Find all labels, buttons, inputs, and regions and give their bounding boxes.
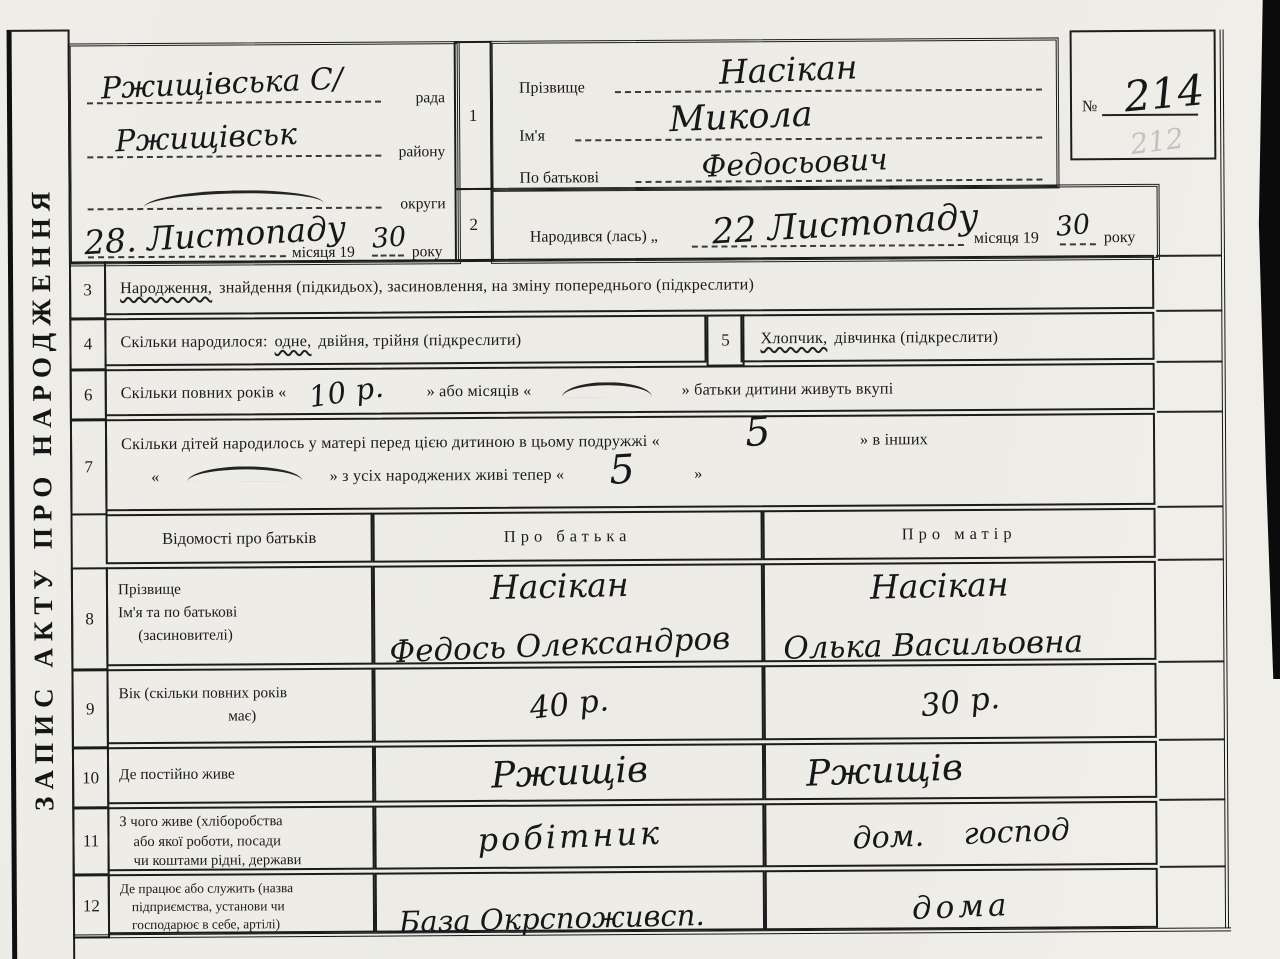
q9-mother-cell: 30 р. xyxy=(763,663,1156,740)
question-3-box: Народження, знайдення (підкидьох), засин… xyxy=(104,255,1154,315)
dash-mark xyxy=(143,188,323,207)
council-name-handwritten: Ржищівська С/ xyxy=(100,62,343,107)
firstname-handwritten: Микола xyxy=(668,94,813,140)
q5-underlined-option: Хлопчик, xyxy=(760,328,827,347)
form-right-border xyxy=(1220,29,1229,928)
q7-other-slot xyxy=(160,471,330,482)
q7-text-5: » xyxy=(694,465,702,484)
surname-line: Прізвище Насікан xyxy=(519,49,1042,94)
q8-label-line3: (засиновителі) xyxy=(118,624,365,648)
row-number-6: 6 xyxy=(70,369,107,420)
mother-age-handwritten: 30 р. xyxy=(919,679,1001,724)
side-strip: ЗАПИС АКТУ ПРО НАРОДЖЕННЯ xyxy=(7,29,76,959)
dash-mark xyxy=(562,382,652,398)
mother-name-handwritten: Олька Васильовна xyxy=(783,624,1083,667)
reg-year-handwritten: 30 xyxy=(371,221,408,255)
q6-months-slot xyxy=(532,385,682,396)
q12-label-cell: Де працює або служить (назва підприємств… xyxy=(108,873,375,935)
header-mother-label: Про матір xyxy=(902,524,1017,545)
header-parents-info: Відомості про батьків xyxy=(106,513,373,565)
q12-mother-cell: дома xyxy=(765,868,1158,930)
patronymic-label: По батькові xyxy=(519,169,599,187)
margin-rule xyxy=(1156,254,1222,256)
q9-father-cell: 40 р. xyxy=(373,665,763,742)
born-month-label: місяця 19 xyxy=(974,230,1039,248)
row-number-4: 4 xyxy=(69,318,106,370)
q7-marriage-slot: 5 xyxy=(660,435,860,446)
form-sheet: ЗАПИС АКТУ ПРО НАРОДЖЕННЯ рада Ржищівськ… xyxy=(0,0,1280,959)
council-line-1: рада Ржищівська С/ xyxy=(83,54,445,104)
row-number-2: 2 xyxy=(455,188,493,262)
patronymic-handwritten: Федосьович xyxy=(701,142,889,185)
question-6-box: Скільки повних років « 10 р. » або місяц… xyxy=(105,363,1155,416)
q9-label-cell: Вік (скільки повних років має) xyxy=(106,668,373,745)
row-number-3: 3 xyxy=(69,261,106,319)
fill-line-year xyxy=(372,254,404,256)
mother-occupation-handwritten: дом. господ xyxy=(852,812,1071,856)
margin-rule xyxy=(1158,558,1224,560)
scanned-birth-record: ЗАПИС АКТУ ПРО НАРОДЖЕННЯ рада Ржищівськ… xyxy=(0,0,1280,959)
header-father-label: Про батька xyxy=(504,526,632,547)
q7-text-3: « xyxy=(151,468,159,487)
district-label: району xyxy=(399,143,446,161)
row-number-12: 12 xyxy=(73,874,110,938)
header-mother: Про матір xyxy=(762,508,1155,560)
fill-line xyxy=(575,137,1042,142)
q12-label-line2: підприємства, установи чи xyxy=(120,897,369,917)
council-line-3: округи xyxy=(83,162,445,210)
firstname-label: Ім'я xyxy=(519,128,545,146)
q3-text: знайдення (підкидьох), засиновлення, на … xyxy=(219,275,754,297)
q7-line-2: « » з усіх народжених живі тепер « 5 » xyxy=(151,462,1153,487)
q11-label-line1: З чого живе (хліборобства xyxy=(119,812,368,833)
row-number-11: 11 xyxy=(72,807,109,875)
q11-mother-cell: дом. господ xyxy=(764,801,1157,867)
row-number-9: 9 xyxy=(71,669,108,748)
question-4-box: Скільки народилося: одне, двійня, трійня… xyxy=(104,315,706,367)
q10-mother-cell: Ржищів xyxy=(764,741,1157,800)
q9-label-line1: Вік (скільки повних років xyxy=(119,682,366,706)
q8-mother-cell: Насікан Олька Васильовна xyxy=(763,561,1157,662)
q4-text-pre: Скільки народилося: xyxy=(120,332,267,352)
father-residence-handwritten: Ржищів xyxy=(490,749,648,796)
fill-line xyxy=(615,89,1042,94)
birth-date-box: Народився (лась) „ місяця 19 30 року 22 … xyxy=(491,184,1160,264)
mother-residence-handwritten: Ржищів xyxy=(805,747,963,794)
margin-rule xyxy=(1157,505,1223,507)
margin-rule xyxy=(1158,660,1224,662)
q6-years-slot: 10 р. xyxy=(287,386,427,397)
margin-rule xyxy=(1157,410,1223,412)
row-number-8: 8 xyxy=(71,567,109,670)
q7-alive-slot: 5 xyxy=(564,469,694,480)
margin-rule xyxy=(1160,865,1226,867)
margin-rule xyxy=(1159,738,1225,740)
born-year-label: року xyxy=(1104,229,1136,247)
header-parents-info-label: Відомості про батьків xyxy=(162,528,316,549)
born-label: Народився (лась) „ xyxy=(530,228,658,247)
row-number-7: 7 xyxy=(70,419,108,515)
q6-years-handwritten: 10 р. xyxy=(306,370,385,415)
margin-rule xyxy=(1159,798,1225,800)
question-5-box: Хлопчик, дівчинка (підкреслити) xyxy=(740,312,1154,363)
record-number-box: № 214 212 xyxy=(1070,29,1217,160)
q7-text-4: » з усіх народжених живі тепер « xyxy=(330,465,565,485)
q7-text-2: » в інших xyxy=(860,430,928,449)
q8-label-line1: Прізвище xyxy=(118,578,365,602)
q12-label-line1: Де працює або служить (назва xyxy=(120,879,369,899)
row-number-1: 1 xyxy=(454,41,493,190)
patronymic-line: По батькові Федосьович xyxy=(519,143,1042,184)
record-number-sign: № xyxy=(1082,98,1097,116)
q7-text-1: Скільки дітей народилось у матері перед … xyxy=(121,432,660,454)
question-7-box: Скільки дітей народилось у матері перед … xyxy=(105,413,1156,511)
q6-text-1: Скільки повних років « xyxy=(121,383,287,403)
q9-label-line2: має) xyxy=(119,705,366,729)
father-name-handwritten: Федось Олександров xyxy=(389,621,731,671)
dash-mark xyxy=(188,466,303,482)
q8-label-line2: Ім'я та по батькові xyxy=(118,601,365,625)
mother-workplace-handwritten: дома xyxy=(911,887,1011,927)
q11-father-cell: робітник xyxy=(374,803,764,869)
q4-underlined-option: одне, xyxy=(275,332,312,351)
q11-label-line2: або якої роботи, посади xyxy=(119,831,368,852)
margin-rule xyxy=(1156,309,1222,311)
q11-label-line3: чи коштами рідні, держави xyxy=(120,851,369,872)
q6-text-3: » батьки дитини живуть вкупі xyxy=(682,379,894,399)
father-occupation-handwritten: робітник xyxy=(476,814,662,860)
q7-alive-count-handwritten: 5 xyxy=(608,446,636,493)
q8-father-cell: Насікан Федось Олександров xyxy=(373,563,764,664)
fill-line-year xyxy=(1060,243,1096,245)
born-year-handwritten: 30 xyxy=(1054,209,1091,243)
father-surname-handwritten: Насікан xyxy=(490,565,629,607)
q4-text-rest: двійня, трійня (підкреслити) xyxy=(318,330,521,350)
council-label: рада xyxy=(416,89,446,107)
q5-text: дівчинка (підкреслити) xyxy=(834,327,998,347)
q3-underlined-option: Народження, xyxy=(120,278,212,298)
mother-surname-handwritten: Насікан xyxy=(870,565,1009,607)
q12-label-line3: господарює в себе, артілі) xyxy=(120,915,369,935)
q6-text-2: » або місяців « xyxy=(427,382,532,402)
record-number-bleedthrough: 212 xyxy=(1128,122,1185,162)
surname-label: Прізвище xyxy=(519,79,585,97)
district-handwritten: Ржищівськ xyxy=(115,117,298,159)
registration-date-line: місяця 19 30 року 28. Листопаду xyxy=(84,214,446,258)
q10-label: Де постійно живе xyxy=(119,764,235,788)
q7-marriage-count-handwritten: 5 xyxy=(743,408,772,456)
record-number-handwritten: 214 xyxy=(1122,65,1206,121)
firstname-line: Ім'я Микола xyxy=(519,95,1042,142)
surname-handwritten: Насікан xyxy=(718,47,858,92)
header-father: Про батька xyxy=(372,510,762,562)
q8-label-cell: Прізвище Ім'я та по батькові (засиновите… xyxy=(106,566,374,667)
q11-label-cell: З чого живе (хліборобства або якої робот… xyxy=(107,806,374,872)
q10-father-cell: Ржищів xyxy=(374,743,764,802)
okruha-label: округи xyxy=(400,195,445,213)
form-title-vertical: ЗАПИС АКТУ ПРО НАРОДЖЕННЯ xyxy=(25,185,60,812)
row-number-10: 10 xyxy=(72,747,109,808)
q10-label-cell: Де постійно живе xyxy=(107,746,374,805)
council-line-2: району Ржищівськ xyxy=(83,108,445,158)
q7-line-1: Скільки дітей народилось у матері перед … xyxy=(121,429,1153,454)
margin-rule xyxy=(1157,360,1223,362)
row-number-5: 5 xyxy=(706,314,744,366)
council-box: рада Ржищівська С/ району Ржищівськ окру… xyxy=(68,41,461,266)
father-age-handwritten: 40 р. xyxy=(527,682,609,727)
child-name-box: Прізвище Насікан Ім'я Микола По батькові… xyxy=(490,37,1060,191)
q12-father-cell: База Окрспоживсп. xyxy=(375,870,765,932)
